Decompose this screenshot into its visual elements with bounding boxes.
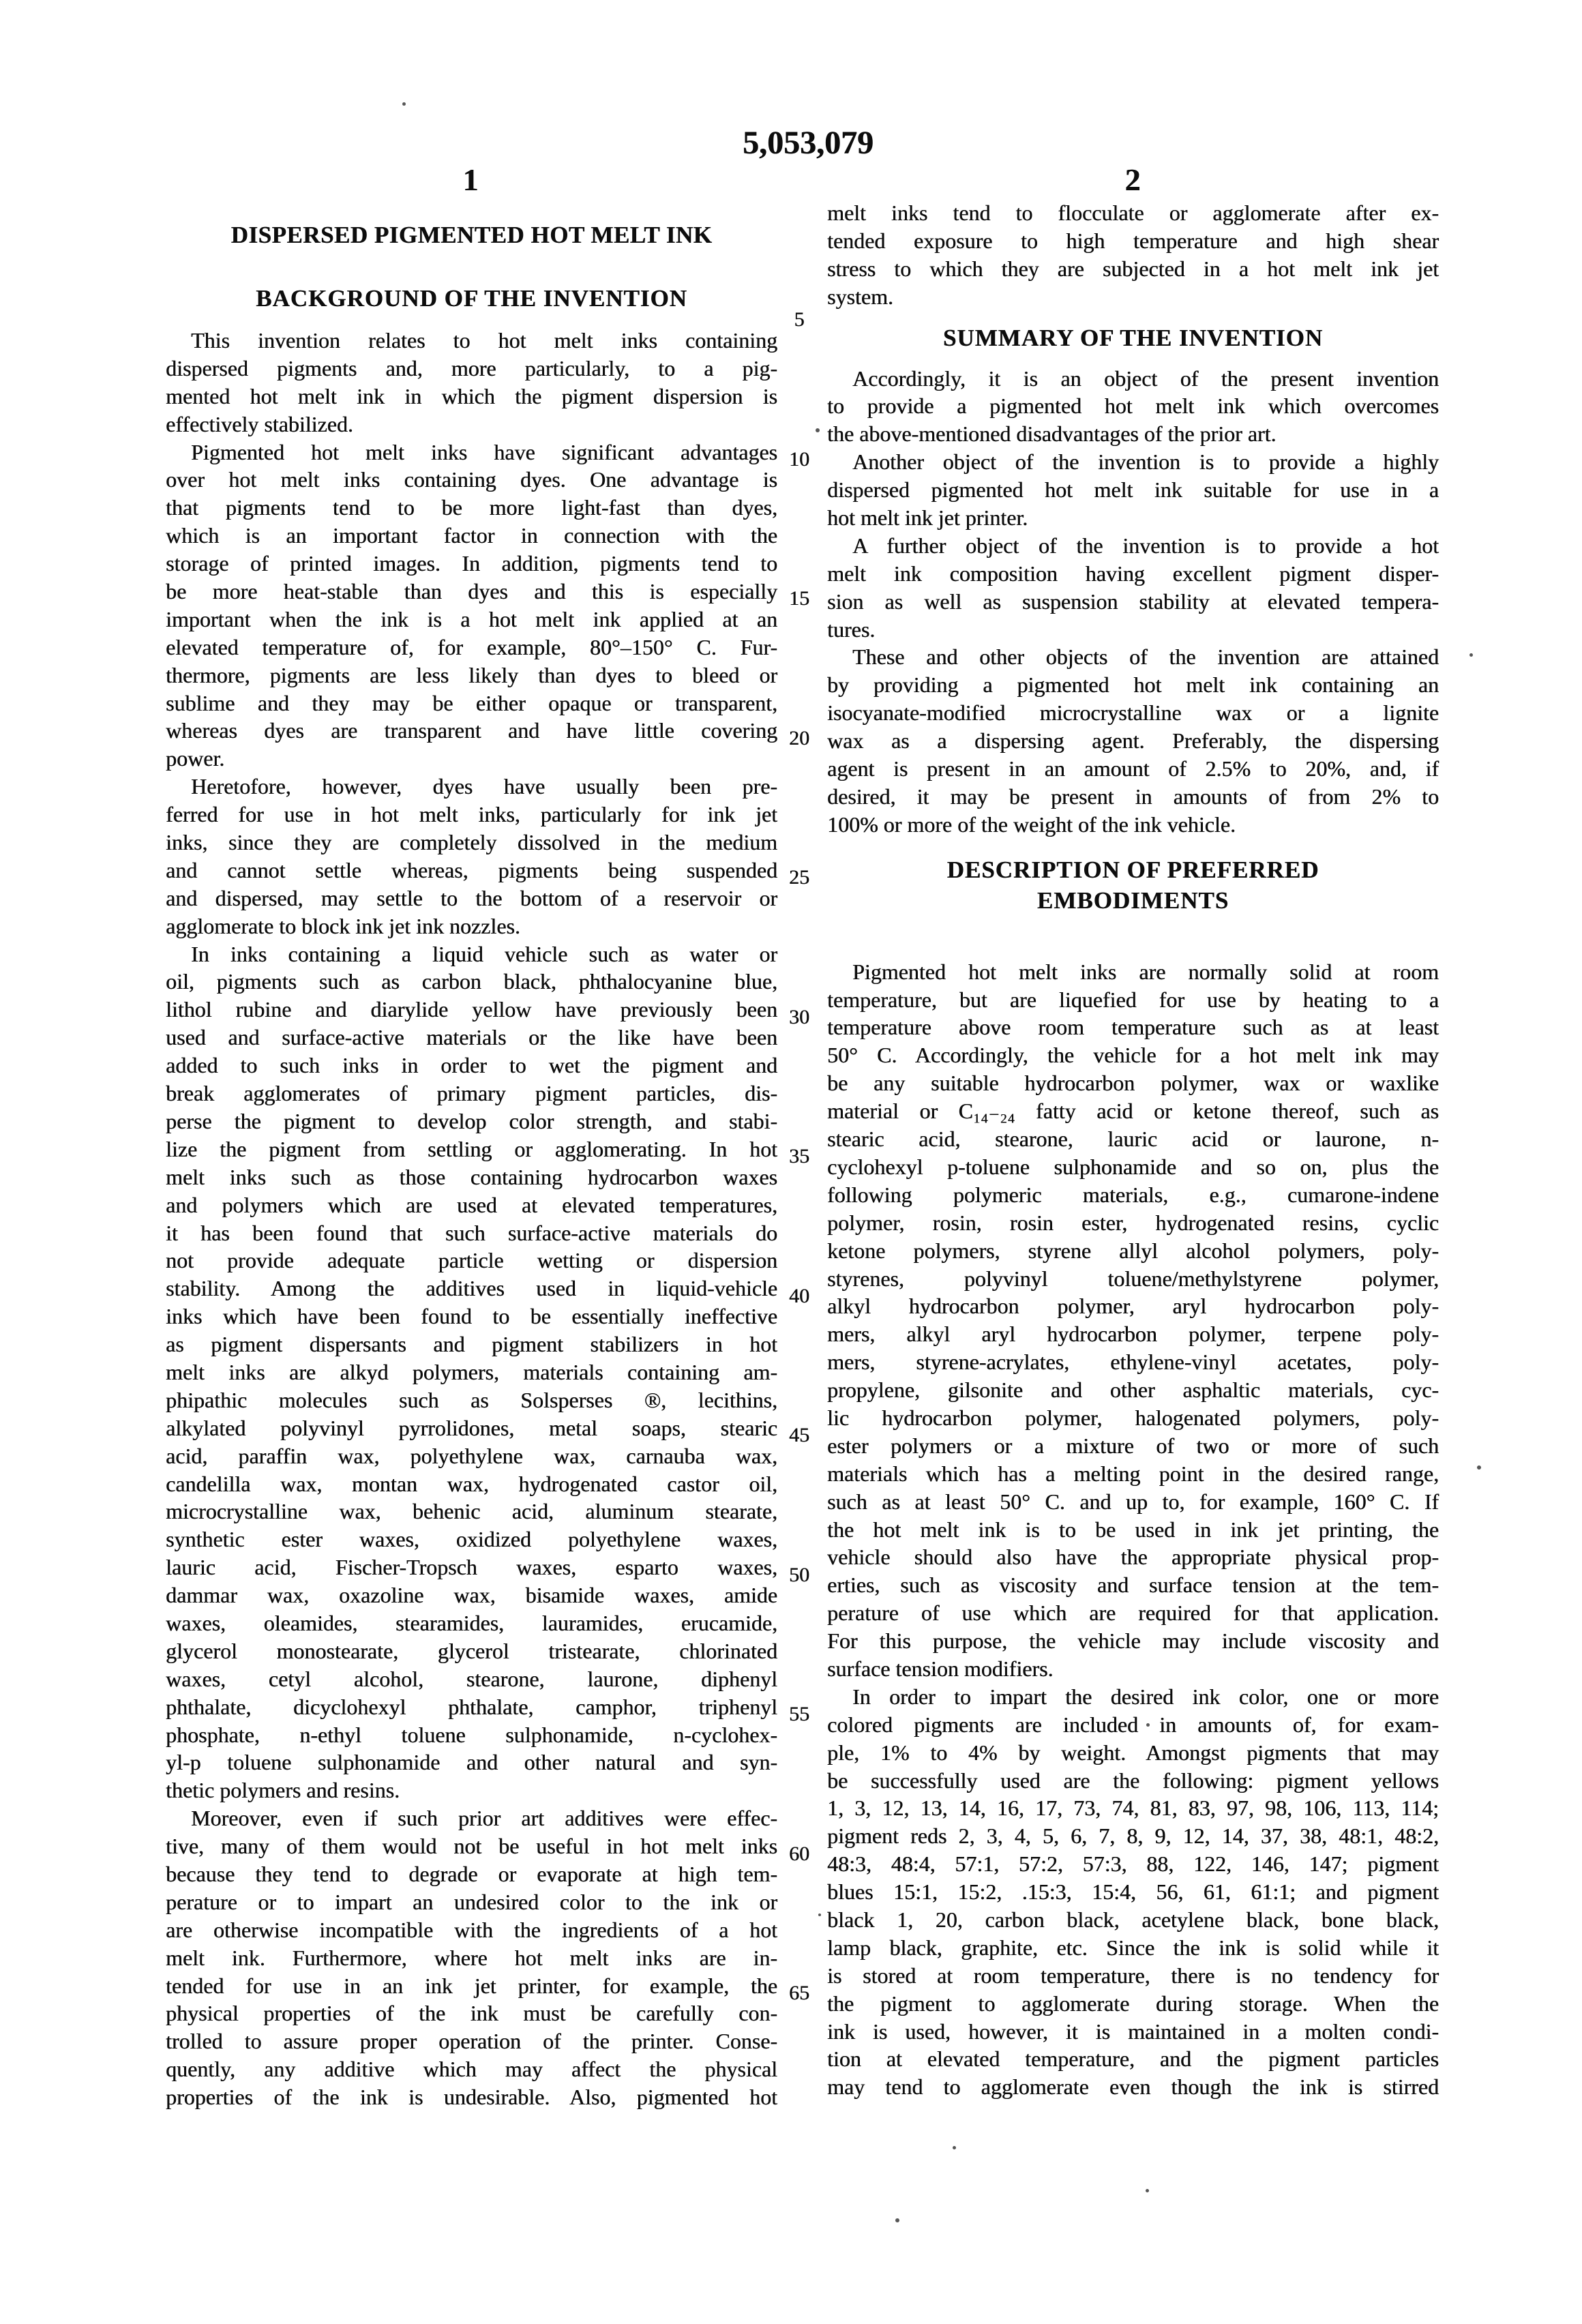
text-line: be more heat-stable than dyes and this i… <box>166 578 777 606</box>
text-line: agent is present in an amount of 2.5% to… <box>827 755 1439 783</box>
text-line: that pigments tend to be more light-fast… <box>166 494 777 522</box>
text-line: inks which have been found to be essenti… <box>166 1302 777 1330</box>
text-line: isocyanate-modified microcrystalline wax… <box>827 699 1439 727</box>
text-line: is stored at room temperature, there is … <box>827 1962 1439 1990</box>
gutter-line-number: 5 <box>779 306 820 445</box>
text-line: inks, since they are completely dissolve… <box>166 829 777 856</box>
text-line: dispersed pigmented hot melt ink suitabl… <box>827 476 1439 504</box>
text-line: quently, any additive which may affect t… <box>166 2055 777 2083</box>
text-line: surface tension modifiers. <box>827 1655 1439 1683</box>
section-heading-summary: SUMMARY OF THE INVENTION <box>827 324 1439 352</box>
scan-speck <box>1146 2189 1149 2192</box>
text-line: For this purpose, the vehicle may includ… <box>827 1627 1439 1655</box>
text-line: agglomerate to block ink jet ink nozzles… <box>166 912 777 940</box>
gutter-line-numbers: 5101520253035404550556065 <box>779 306 820 2119</box>
patent-number: 5,053,079 <box>743 124 874 162</box>
text-line: perse the pigment to develop color stren… <box>166 1107 777 1135</box>
text-line: ester polymers or a mixture of two or mo… <box>827 1432 1439 1460</box>
text-line: acid, paraffin wax, polyethylene wax, ca… <box>166 1442 777 1470</box>
text-line: In order to impart the desired ink color… <box>827 1683 1439 1711</box>
text-line: thermore, pigments are less likely than … <box>166 661 777 689</box>
text-line: such as at least 50° C. and up to, for e… <box>827 1488 1439 1516</box>
text-line: 48:3, 48:4, 57:1, 57:2, 57:3, 88, 122, 1… <box>827 1850 1439 1878</box>
scan-speck <box>1469 653 1473 657</box>
text-line: effectively stabilized. <box>166 411 777 438</box>
text-line: waxes, cetyl alcohol, stearone, laurone,… <box>166 1665 777 1693</box>
heading-description-line1: DESCRIPTION OF PREFERRED <box>827 854 1439 885</box>
text-line: melt ink composition having excellent pi… <box>827 560 1439 588</box>
text-line: blues 15:1, 15:2, .15:3, 15:4, 56, 61, 6… <box>827 1878 1439 1906</box>
gutter-line-number: 25 <box>779 863 820 1003</box>
text-line: material or C₁₄₋₂₄ fatty acid or ketone … <box>827 1097 1439 1125</box>
text-line: and dispersed, may settle to the bottom … <box>166 884 777 912</box>
gutter-line-number: 60 <box>779 1840 820 1980</box>
text-line: synthetic ester waxes, oxidized polyethy… <box>166 1525 777 1553</box>
text-line: the hot melt ink is to be used in ink je… <box>827 1516 1439 1544</box>
text-line: propylene, gilsonite and other asphaltic… <box>827 1376 1439 1404</box>
text-line: ink is used, however, it is maintained i… <box>827 2018 1439 2046</box>
text-line: black 1, 20, carbon black, acetylene bla… <box>827 1906 1439 1934</box>
text-line: elevated temperature of, for example, 80… <box>166 634 777 661</box>
text-line: These and other objects of the invention… <box>827 643 1439 671</box>
text-line: tures. <box>827 616 1439 644</box>
text-line: Moreover, even if such prior art additiv… <box>166 1804 777 1832</box>
text-line: stress to which they are subjected in a … <box>827 255 1439 283</box>
text-line: This invention relates to hot melt inks … <box>166 327 777 355</box>
scan-speck <box>816 428 820 432</box>
text-line: desired, it may be present in amounts of… <box>827 783 1439 811</box>
heading-description-line2: EMBODIMENTS <box>827 885 1439 916</box>
section-heading-background: BACKGROUND OF THE INVENTION <box>166 284 777 313</box>
text-line: are otherwise incompatible with the ingr… <box>166 1916 777 1944</box>
scan-speck <box>818 1913 821 1916</box>
invention-title: DISPERSED PIGMENTED HOT MELT INK <box>166 221 777 250</box>
text-line: mers, alkyl aryl hydrocarbon polymer, te… <box>827 1320 1439 1348</box>
text-line: cyclohexyl p-toluene sulphonamide and so… <box>827 1153 1439 1181</box>
text-line: mented hot melt ink in which the pigment… <box>166 383 777 411</box>
text-line: In inks containing a liquid vehicle such… <box>166 940 777 968</box>
text-line: perature of use which are required for t… <box>827 1599 1439 1627</box>
text-line: A further object of the invention is to … <box>827 532 1439 560</box>
text-line: be successfully used are the following: … <box>827 1767 1439 1795</box>
text-line: storage of printed images. In addition, … <box>166 550 777 578</box>
text-line: and cannot settle whereas, pigments bein… <box>166 856 777 884</box>
text-line: perature or to impart an undesired color… <box>166 1888 777 1916</box>
text-line: temperature, but are liquefied for use b… <box>827 986 1439 1014</box>
text-line: phosphate, n-ethyl toluene sulphonamide,… <box>166 1721 777 1749</box>
gutter-line-number: 30 <box>779 1003 820 1143</box>
text-line: dispersed pigments and, more particularl… <box>166 355 777 383</box>
text-line: 50° C. Accordingly, the vehicle for a ho… <box>827 1041 1439 1069</box>
text-line: tended exposure to high temperature and … <box>827 227 1439 255</box>
text-line: lamp black, graphite, etc. Since the ink… <box>827 1934 1439 1962</box>
scan-speck <box>895 2218 899 2222</box>
text-line: Pigmented hot melt inks are normally sol… <box>827 958 1439 986</box>
text-line: phipathic molecules such as Solsperses ®… <box>166 1386 777 1414</box>
gutter-line-number: 55 <box>779 1700 820 1840</box>
scan-speck <box>402 102 406 106</box>
text-line: power. <box>166 745 777 773</box>
text-line: melt inks such as those containing hydro… <box>166 1163 777 1191</box>
gutter-line-number: 20 <box>779 724 820 864</box>
text-line: Heretofore, however, dyes have usually b… <box>166 773 777 801</box>
text-line: trolled to assure proper operation of th… <box>166 2027 777 2055</box>
text-line: oil, pigments such as carbon black, phth… <box>166 968 777 996</box>
text-line: vehicle should also have the appropriate… <box>827 1543 1439 1571</box>
gutter-line-number: 40 <box>779 1282 820 1422</box>
text-line: waxes, oleamides, stearamides, lauramide… <box>166 1609 777 1637</box>
text-line: stability. Among the additives used in l… <box>166 1275 777 1302</box>
text-line: tive, many of them would not be useful i… <box>166 1832 777 1860</box>
text-line: mers, styrene-acrylates, ethylene-vinyl … <box>827 1348 1439 1376</box>
text-line: over hot melt inks containing dyes. One … <box>166 466 777 494</box>
right-column: melt inks tend to flocculate or agglomer… <box>827 199 1439 2101</box>
text-line: temperature above room temperature such … <box>827 1013 1439 1041</box>
text-line: lauric acid, Fischer-Tropsch waxes, espa… <box>166 1553 777 1581</box>
section-heading-description: DESCRIPTION OF PREFERRED EMBODIMENTS <box>827 854 1439 916</box>
text-line: thetic polymers and resins. <box>166 1776 777 1804</box>
text-line: ketone polymers, styrene allyl alcohol p… <box>827 1237 1439 1265</box>
text-line: not provide adequate particle wetting or… <box>166 1247 777 1275</box>
right-intro-block: melt inks tend to flocculate or agglomer… <box>827 199 1439 311</box>
text-line: ferred for use in hot melt inks, particu… <box>166 801 777 829</box>
text-line: which is an important factor in connecti… <box>166 522 777 550</box>
summary-block: Accordingly, it is an object of the pres… <box>827 365 1439 839</box>
text-line: erties, such as viscosity and surface te… <box>827 1571 1439 1599</box>
text-line: styrenes, polyvinyl toluene/methylstyren… <box>827 1265 1439 1293</box>
text-line: yl-p toluene sulphonamide and other natu… <box>166 1748 777 1776</box>
gutter-line-number: 35 <box>779 1142 820 1282</box>
text-line: important when the ink is a hot melt ink… <box>166 606 777 634</box>
text-line: materials which has a melting point in t… <box>827 1460 1439 1488</box>
text-line: melt inks tend to flocculate or agglomer… <box>827 199 1439 227</box>
text-line: dammar wax, oxazoline wax, bisamide waxe… <box>166 1581 777 1609</box>
text-line: may tend to agglomerate even though the … <box>827 2073 1439 2101</box>
gutter-line-number: 65 <box>779 1979 820 2119</box>
text-line: melt ink. Furthermore, where hot melt in… <box>166 1944 777 1972</box>
text-line: properties of the ink is undesirable. Al… <box>166 2083 777 2111</box>
text-line: polymer, rosin, rosin ester, hydrogenate… <box>827 1209 1439 1237</box>
text-line: to provide a pigmented hot melt ink whic… <box>827 392 1439 420</box>
text-line: alkyl hydrocarbon polymer, aryl hydrocar… <box>827 1292 1439 1320</box>
text-line: ple, 1% to 4% by weight. Amongst pigment… <box>827 1739 1439 1767</box>
gutter-line-number: 50 <box>779 1561 820 1701</box>
text-line: Another object of the invention is to pr… <box>827 448 1439 476</box>
gutter-line-number: 45 <box>779 1421 820 1561</box>
scan-speck <box>953 2146 956 2149</box>
column-2-number: 2 <box>1125 162 1141 198</box>
text-line: phthalate, dicyclohexyl phthalate, camph… <box>166 1693 777 1721</box>
text-line: alkylated polyvinyl pyrrolidones, metal … <box>166 1414 777 1442</box>
text-line: 1, 3, 12, 13, 14, 16, 17, 73, 74, 81, 83… <box>827 1794 1439 1822</box>
text-line: used and surface-active materials or the… <box>166 1024 777 1052</box>
text-line: melt inks are alkyd polymers, materials … <box>166 1358 777 1386</box>
text-line: wax as a dispersing agent. Preferably, t… <box>827 727 1439 755</box>
scan-speck <box>1477 1465 1481 1470</box>
text-line: lithol rubine and diarylide yellow have … <box>166 996 777 1024</box>
text-line: it has been found that such surface-acti… <box>166 1219 777 1247</box>
text-line: system. <box>827 283 1439 311</box>
text-line: colored pigments are included in amounts… <box>827 1711 1439 1739</box>
text-line: following polymeric materials, e.g., cum… <box>827 1181 1439 1209</box>
text-line: by providing a pigmented hot melt ink co… <box>827 671 1439 699</box>
text-line: tion at elevated temperature, and the pi… <box>827 2045 1439 2073</box>
text-line: stearic acid, stearone, lauric acid or l… <box>827 1125 1439 1153</box>
text-line: the pigment to agglomerate during storag… <box>827 1990 1439 2018</box>
text-line: Accordingly, it is an object of the pres… <box>827 365 1439 393</box>
text-line: Pigmented hot melt inks have significant… <box>166 438 777 466</box>
text-line: candelilla wax, montan wax, hydrogenated… <box>166 1470 777 1498</box>
text-line: lic hydrocarbon polymer, halogenated pol… <box>827 1404 1439 1432</box>
text-line: as pigment dispersants and pigment stabi… <box>166 1330 777 1358</box>
text-line: added to such inks in order to wet the p… <box>166 1052 777 1079</box>
column-1-number: 1 <box>463 162 479 198</box>
text-line: and polymers which are used at elevated … <box>166 1191 777 1219</box>
text-line: microcrystalline wax, behenic acid, alum… <box>166 1498 777 1525</box>
description-block: Pigmented hot melt inks are normally sol… <box>827 958 1439 2102</box>
gutter-line-number: 10 <box>779 445 820 585</box>
text-line: the above-mentioned disadvantages of the… <box>827 420 1439 448</box>
text-line: pigment reds 2, 3, 4, 5, 6, 7, 8, 9, 12,… <box>827 1822 1439 1850</box>
text-line: whereas dyes are transparent and have li… <box>166 717 777 745</box>
gutter-line-number: 15 <box>779 584 820 724</box>
patent-page: 5,053,079 1 2 DISPERSED PIGMENTED HOT ME… <box>0 0 1582 2324</box>
left-column-text: This invention relates to hot melt inks … <box>166 327 777 2111</box>
text-line: sion as well as suspension stability at … <box>827 588 1439 616</box>
text-line: sublime and they may be either opaque or… <box>166 689 777 717</box>
text-line: hot melt ink jet printer. <box>827 504 1439 532</box>
text-line: physical properties of the ink must be c… <box>166 1999 777 2027</box>
text-line: be any suitable hydrocarbon polymer, wax… <box>827 1069 1439 1097</box>
text-line: tended for use in an ink jet printer, fo… <box>166 1972 777 2000</box>
text-line: break agglomerates of primary pigment pa… <box>166 1079 777 1107</box>
text-line: glycerol monostearate, glycerol tristear… <box>166 1637 777 1665</box>
scan-speck <box>1146 1723 1150 1727</box>
text-line: lize the pigment from settling or agglom… <box>166 1135 777 1163</box>
text-line: because they tend to degrade or evaporat… <box>166 1860 777 1888</box>
text-line: 100% or more of the weight of the ink ve… <box>827 811 1439 839</box>
